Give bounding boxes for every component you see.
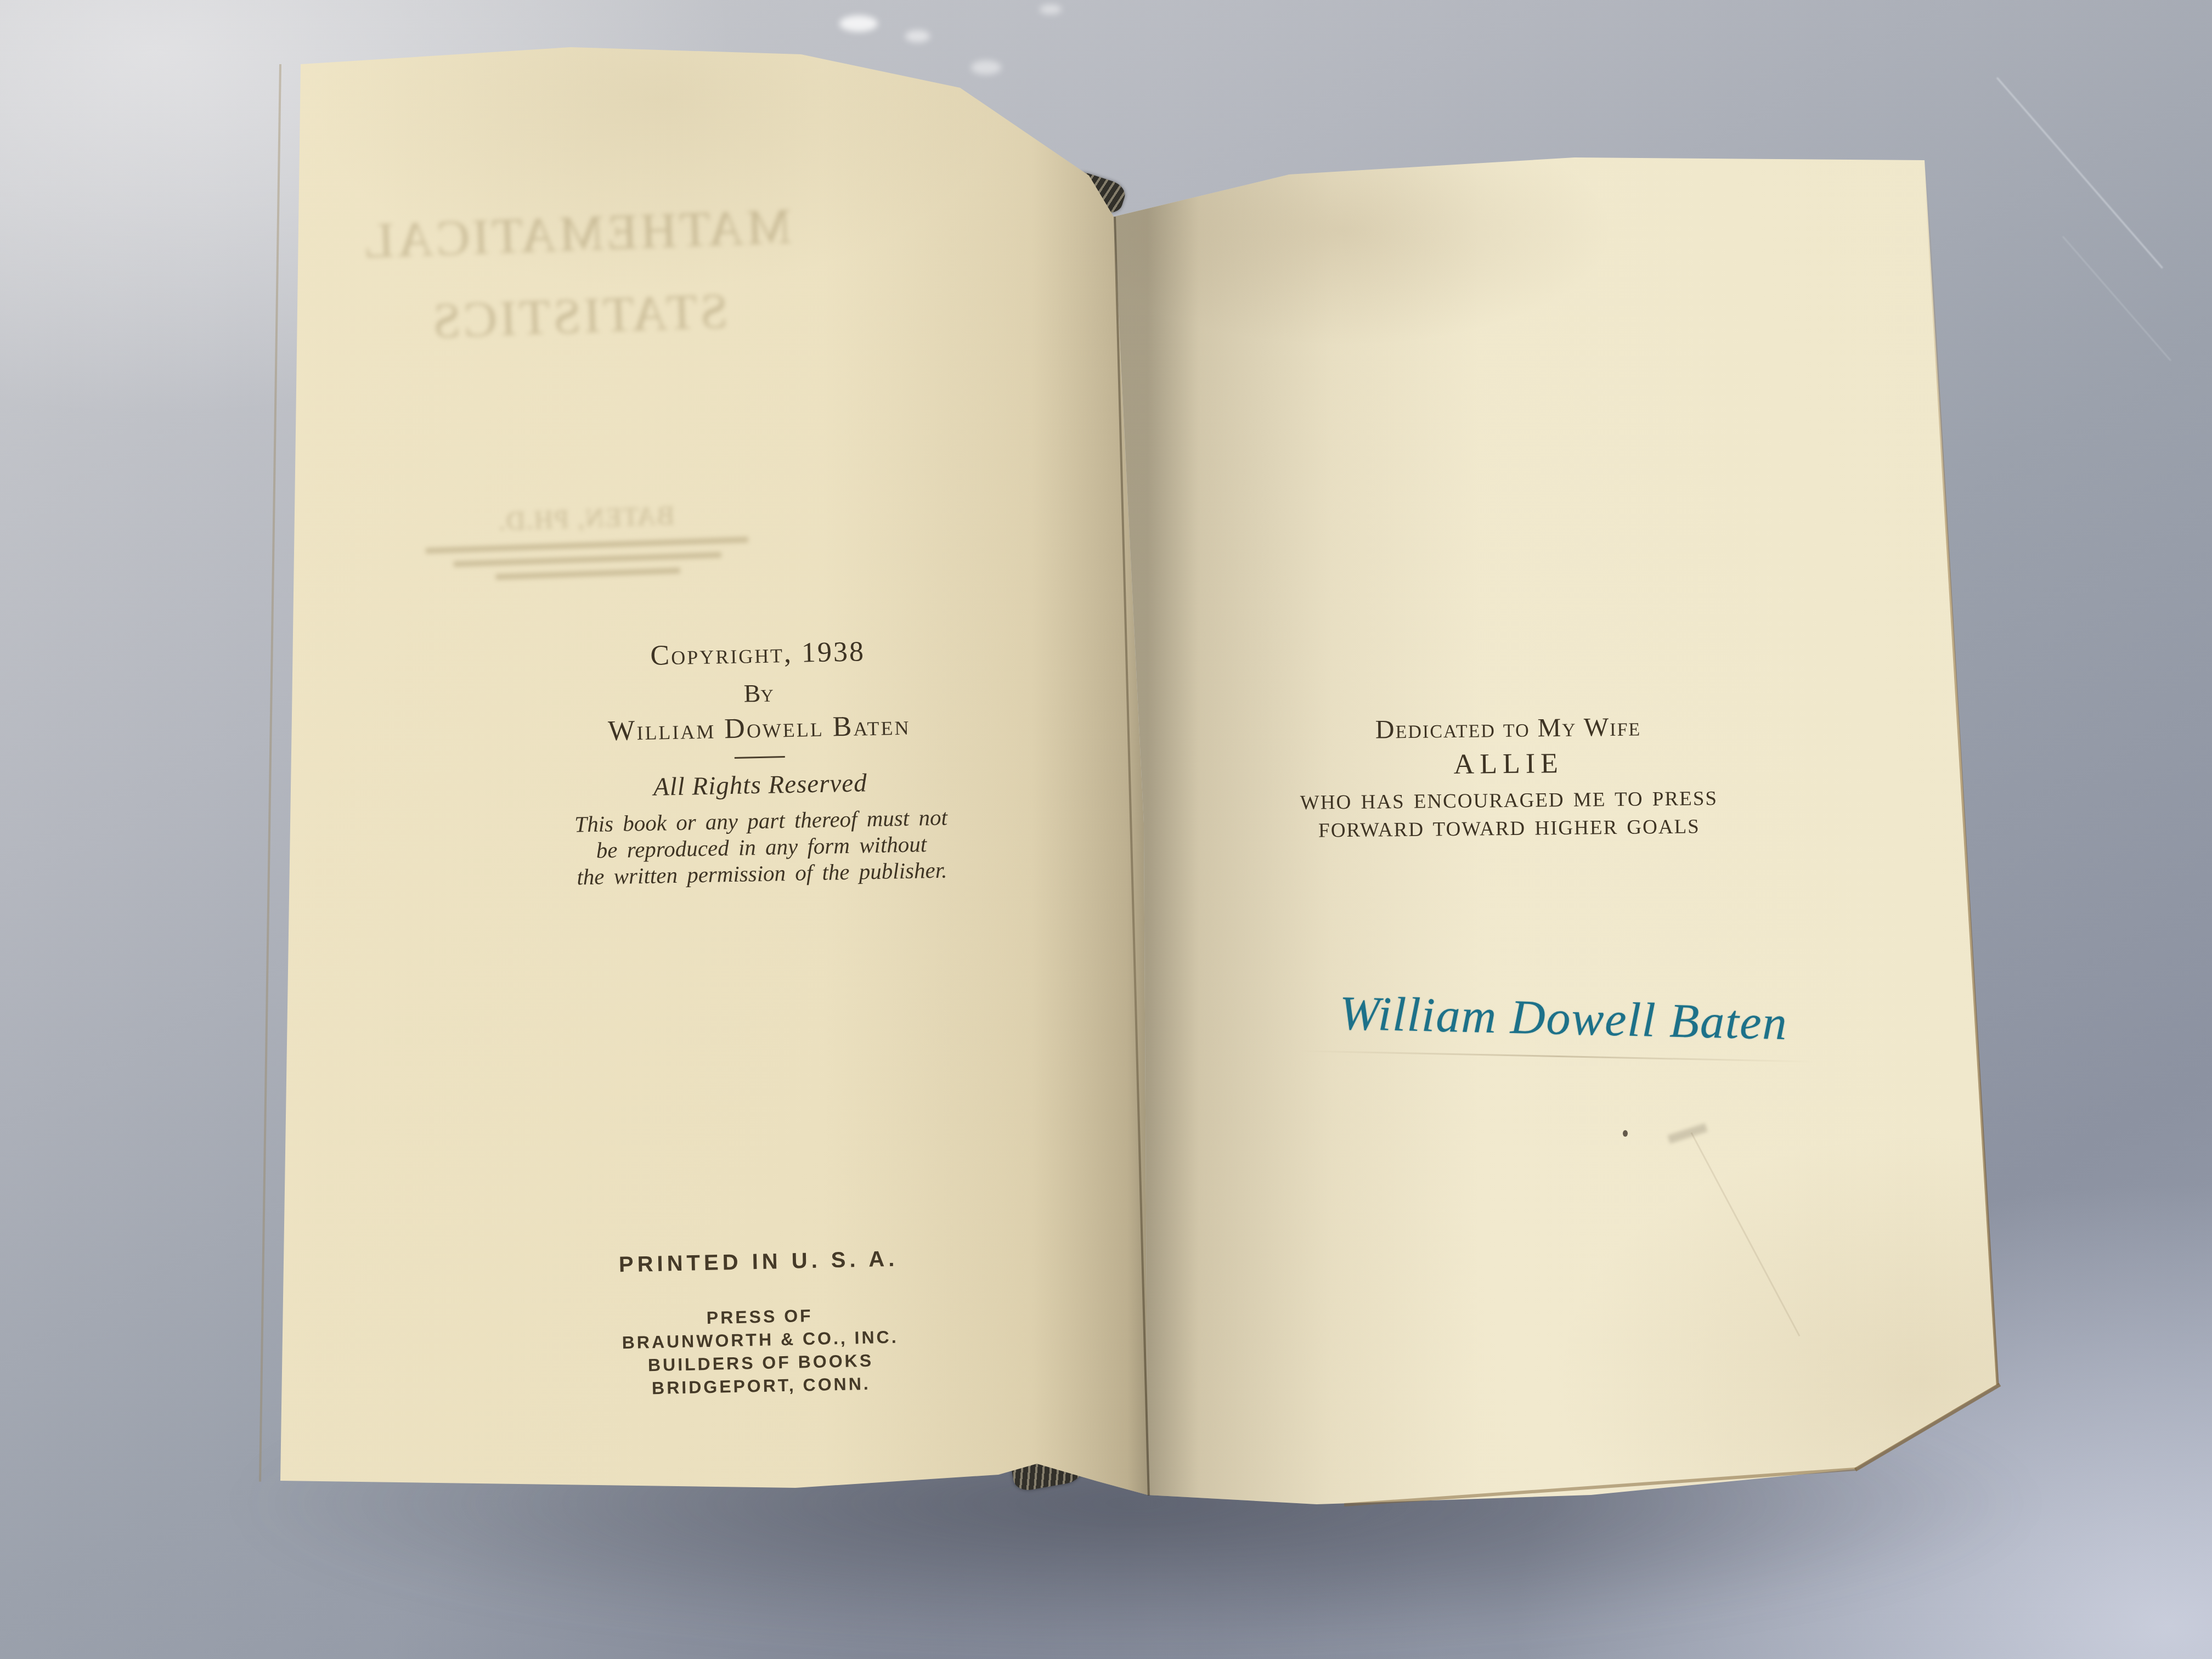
copyright-block: Copyright, 1938 By William Dowell Baten … [566,634,955,890]
floor-scuff [839,15,878,32]
ink-dot [1623,1130,1628,1137]
copyright-author: William Dowell Baten [567,708,951,748]
dedication-block: Dedicated to My Wife ALLIE WHO HAS ENCOU… [1294,711,1723,843]
ghost-title-line: STATISTICS [348,278,810,352]
rights-reserved: All Rights Reserved [568,766,952,803]
divider-rule [735,756,785,759]
copyright-line: Copyright, 1938 [566,634,950,673]
book-photo: MATHEMATICAL STATISTICS BATEN, PH.D. Cop… [0,0,2212,1659]
ghost-text-smudge [426,537,748,554]
printer-block: PRINTED IN U. S. A. PRESS OF BRAUNWORTH … [577,1246,942,1401]
floor-scratch [2062,236,2171,361]
floor-scuff [1040,4,1062,14]
floor-scratch [1996,77,2163,269]
title-page-showthrough: MATHEMATICAL STATISTICS BATEN, PH.D. [345,196,818,585]
floor-scuff [971,60,1001,75]
dedication-line: FORWARD TOWARD HIGHER GOALS [1295,815,1723,843]
ghost-author-line: BATEN, PH.D. [355,495,816,541]
page-edge-left [259,64,281,1482]
floor-scuff [905,30,930,42]
copyright-by: By [566,675,951,711]
dedication-name: ALLIE [1294,746,1723,782]
ghost-text-smudge [454,552,721,567]
dedication-line: WHO HAS ENCOURAGED ME TO PRESS [1295,787,1723,815]
dedication-line: Dedicated to My Wife [1294,711,1723,746]
